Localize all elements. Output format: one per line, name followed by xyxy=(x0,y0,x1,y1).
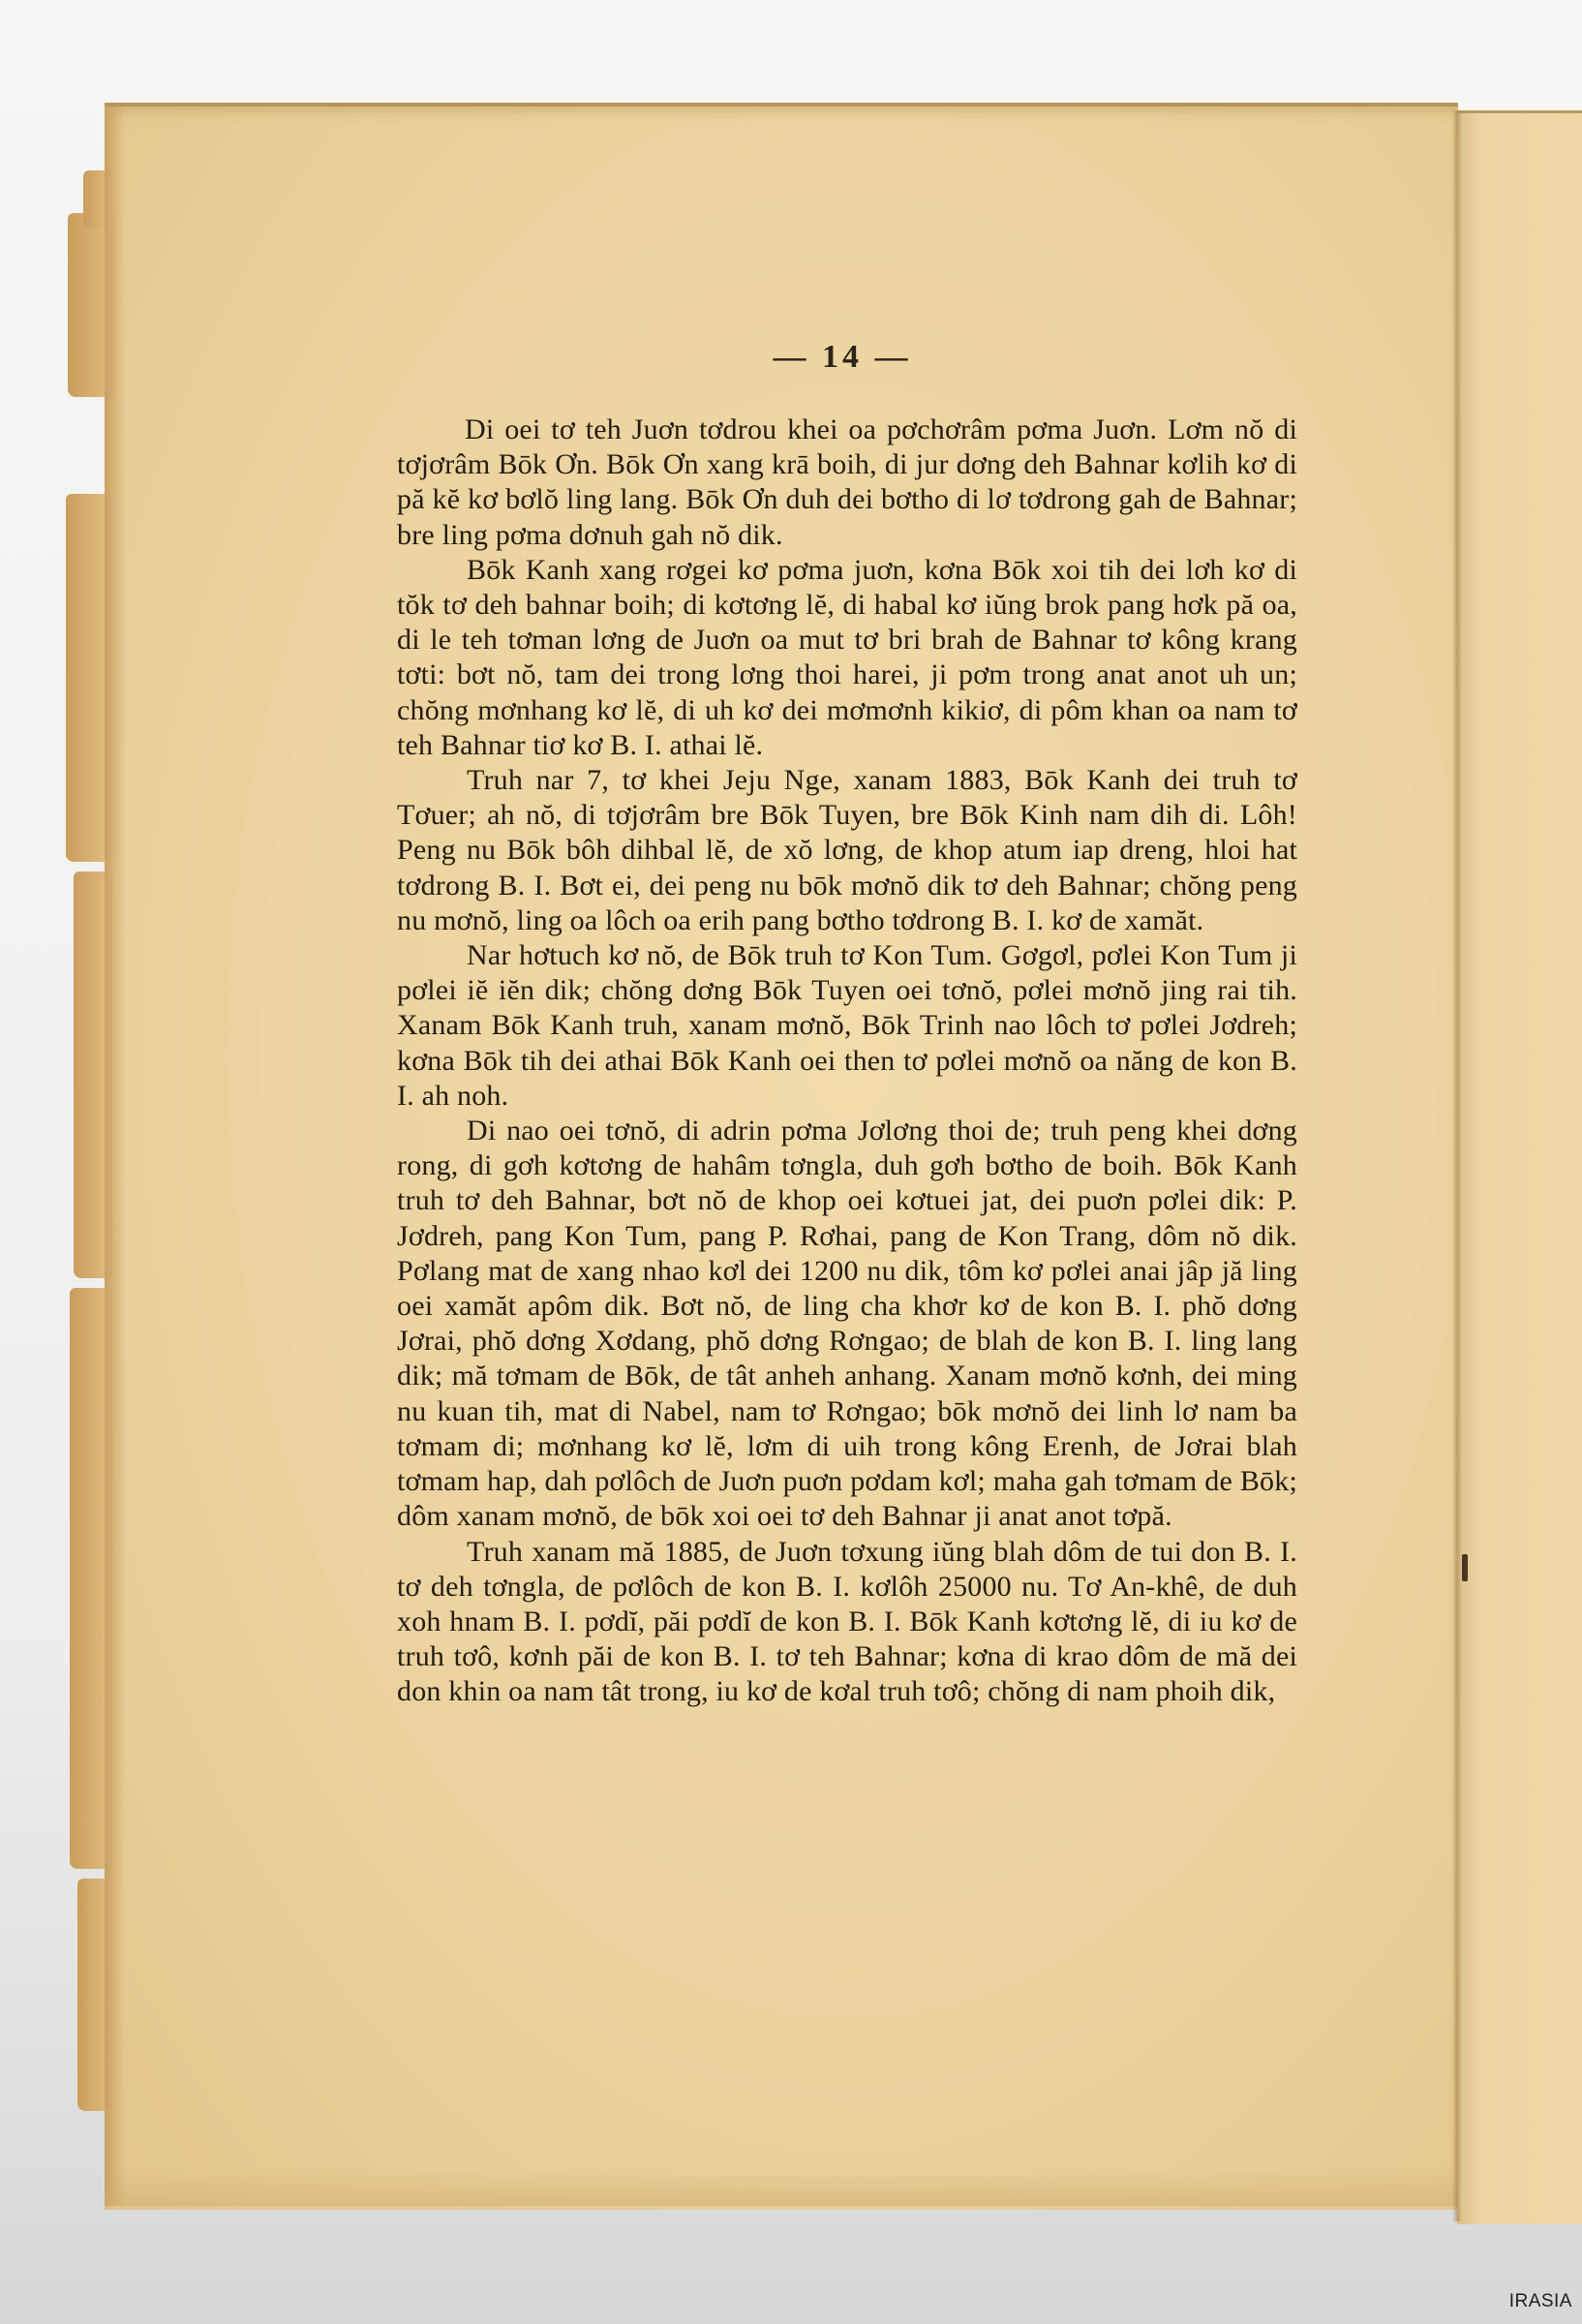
paragraph: Di nao oei tơnŏ, di adrin pơma Jơlơng th… xyxy=(397,1114,1297,1534)
paragraph: Truh nar 7, tơ khei Jeju Nge, xanam 1883… xyxy=(397,763,1297,938)
paragraph: Nar hơtuch kơ nŏ, de Bōk truh tơ Kon Tum… xyxy=(397,938,1297,1114)
page-edge-shadow xyxy=(105,107,126,2206)
page-bottom-shadow xyxy=(105,2169,1458,2206)
margin-ink-mark xyxy=(1462,1554,1468,1581)
page-fold-gutter xyxy=(1452,110,1462,2221)
page-number: — 14 — xyxy=(736,339,949,376)
paragraph: Truh xanam mă 1885, de Juơn tơxung iŭng … xyxy=(397,1535,1297,1710)
facing-page-edge xyxy=(1457,110,1582,2224)
watermark: IRASIA xyxy=(1509,2291,1572,2312)
paragraph: Bōk Kanh xang rơgei kơ pơma juơn, kơna B… xyxy=(397,553,1297,763)
body-text: Di oei tơ teh Juơn tơdrou khei oa pơchơr… xyxy=(397,413,1297,1710)
paragraph: Di oei tơ teh Juơn tơdrou khei oa pơchơr… xyxy=(397,413,1297,553)
